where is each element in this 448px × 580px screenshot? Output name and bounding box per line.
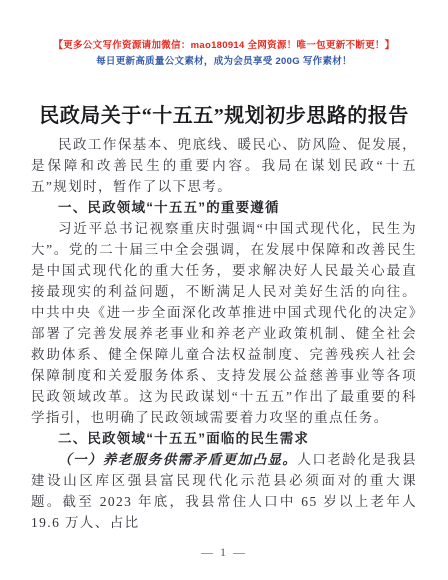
- paragraph-elderly-lead: （一）养老服务供需矛盾更加凸显。: [58, 452, 297, 467]
- document-page: 【更多公文写作资源请加微信：mao180914 全网资源！唯一包更新不断更！】 …: [0, 0, 448, 580]
- ad-line-2: 每日更新高质量公文素材，成为会员享受 200G 写作素材！: [31, 54, 417, 70]
- paragraph-guidance: 习近平总书记视察重庆时强调“中国式现代化，民生为大”。党的二十届三中全会强调，在…: [31, 218, 417, 428]
- document-body: 民政工作保基本、兜底线、暖民心、防风险、促发展，是保障和改善民生的重要内容。我局…: [31, 134, 417, 533]
- page-number: — 1 —: [31, 545, 417, 560]
- header-ad-block: 【更多公文写作资源请加微信：mao180914 全网资源！唯一包更新不断更！】 …: [31, 38, 417, 70]
- ad-line-1: 【更多公文写作资源请加微信：mao180914 全网资源！唯一包更新不断更！】: [31, 38, 417, 54]
- document-title: 民政局关于“十五五”规划初步思路的报告: [31, 99, 417, 128]
- paragraph-intro: 民政工作保基本、兜底线、暖民心、防风险、促发展，是保障和改善民生的重要内容。我局…: [31, 134, 417, 197]
- paragraph-elderly-needs: （一）养老服务供需矛盾更加凸显。人口老龄化是我县建设山区库区强县富民现代化示范县…: [31, 449, 417, 533]
- section-heading-1: 一、民政领域“十五五”的重要遵循: [31, 197, 417, 218]
- section-heading-2: 二、民政领域“十五五”面临的民生需求: [31, 428, 417, 449]
